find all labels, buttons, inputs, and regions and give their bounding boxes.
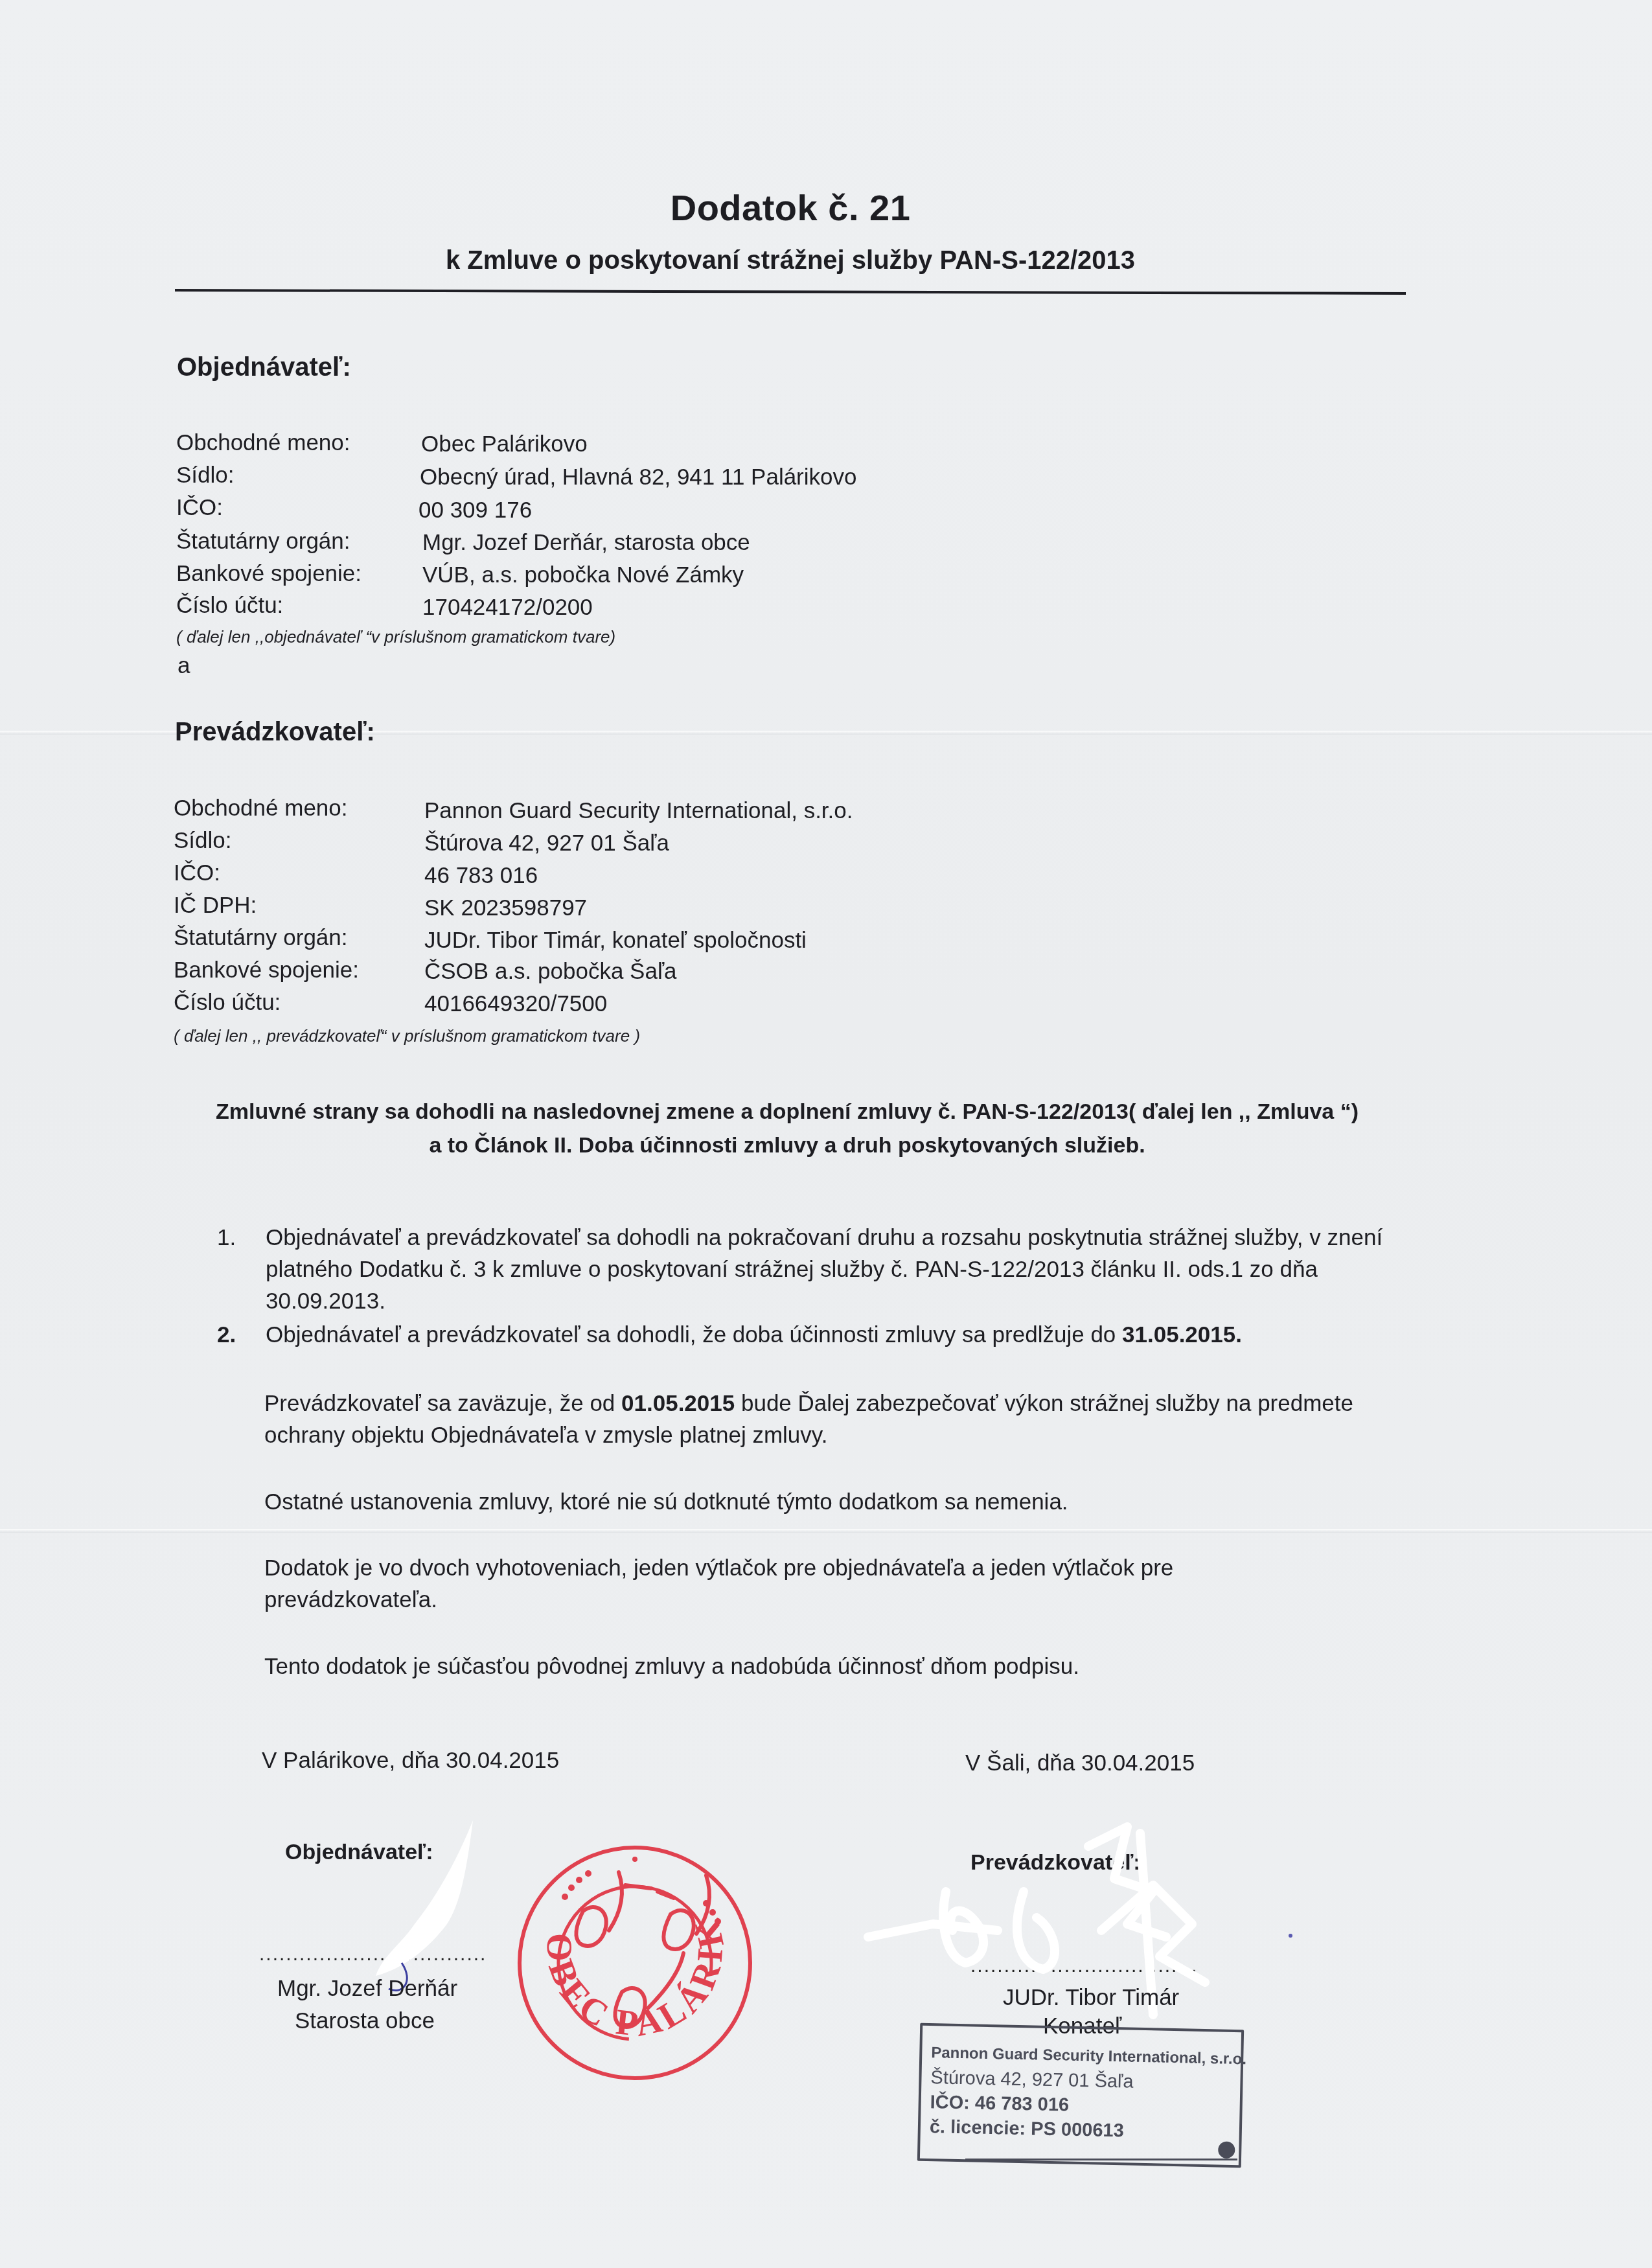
conjunction: a bbox=[178, 653, 190, 679]
orderer-label: Sídlo: bbox=[176, 463, 235, 488]
operator-label: IČO: bbox=[174, 860, 220, 886]
operator-value: 4016649320/7500 bbox=[424, 991, 607, 1017]
orderer-label: IČO: bbox=[176, 495, 223, 521]
stamp-number-icon bbox=[1218, 2141, 1235, 2159]
operator-heading: Prevádzkovateľ: bbox=[175, 718, 375, 747]
stamp-underline bbox=[965, 2159, 1237, 2160]
municipal-seal: OBEC PALÁRIKOVO bbox=[512, 1840, 758, 2086]
orderer-heading: Objednávateľ: bbox=[177, 353, 351, 382]
paragraph-text: Prevádzkovateľ sa zaväzuje, že od bbox=[264, 1391, 621, 1416]
stamp-license: č. licencie: PS 000613 bbox=[930, 2116, 1125, 2142]
title-rule bbox=[175, 289, 1406, 295]
stamp-ico: IČO: 46 783 016 bbox=[930, 2092, 1069, 2116]
orderer-value: VÚB, a.s. pobočka Nové Zámky bbox=[422, 562, 744, 588]
orderer-label: Štatutárny orgán: bbox=[176, 529, 350, 555]
paragraph-copies: Dodatok je vo dvoch vyhotoveniach, jeden… bbox=[264, 1552, 1301, 1616]
stamp-company-name: Pannon Guard Security International, s.r… bbox=[931, 2044, 1246, 2068]
operator-note: ( ďalej len ,, prevádzkovateľ“ v prísluš… bbox=[174, 1026, 640, 1046]
clause-number: 1. bbox=[217, 1222, 236, 1254]
operator-label: IČ DPH: bbox=[174, 893, 257, 919]
clause-text: Objednávateľ a prevádzkovateľ sa dohodli… bbox=[266, 1222, 1419, 1317]
left-place-date: V Palárikove, dňa 30.04.2015 bbox=[262, 1748, 559, 1774]
orderer-note: ( ďalej len ,,objednávateľ “v príslušnom… bbox=[176, 627, 615, 647]
operator-value: Pannon Guard Security International, s.r… bbox=[424, 798, 853, 824]
company-stamp: Pannon Guard Security International, s.r… bbox=[917, 2023, 1244, 2168]
clause-deadline-date: 31.05.2015. bbox=[1122, 1322, 1242, 1347]
left-signature-redaction bbox=[363, 1814, 518, 1995]
operator-value: JUDr. Tibor Timár, konateľ spoločnosti bbox=[424, 928, 807, 954]
clause-number: 2. bbox=[217, 1319, 236, 1351]
paragraph-other-provisions: Ostatné ustanovenia zmluvy, ktoré nie sú… bbox=[264, 1486, 1068, 1518]
agreement-intro: Zmluvné strany sa dohodli na nasledovnej… bbox=[149, 1095, 1425, 1162]
clause-text-body: Objednávateľ a prevádzkovateľ sa dohodli… bbox=[266, 1322, 1122, 1347]
agreement-intro-line: a to Článok II. Doba účinnosti zmluvy a … bbox=[149, 1128, 1425, 1162]
operator-value: ČSOB a.s. pobočka Šaľa bbox=[424, 959, 677, 985]
orderer-value: 00 309 176 bbox=[419, 498, 532, 523]
operator-label: Bankové spojenie: bbox=[174, 957, 359, 983]
orderer-label: Obchodné meno: bbox=[176, 430, 350, 456]
stamp-address: Štúrova 42, 927 01 Šaľa bbox=[930, 2067, 1134, 2093]
orderer-value: Mgr. Jozef Derňár, starosta obce bbox=[422, 530, 750, 556]
document-page: Dodatok č. 21 k Zmluve o poskytovaní str… bbox=[0, 0, 1652, 2268]
operator-value: SK 2023598797 bbox=[424, 895, 587, 921]
document-title: Dodatok č. 21 bbox=[0, 187, 1581, 229]
operator-value: 46 783 016 bbox=[424, 863, 538, 889]
operator-label: Sídlo: bbox=[174, 828, 232, 854]
document-subtitle: k Zmluve o poskytovaní strážnej služby P… bbox=[0, 246, 1581, 275]
operator-value: Štúrova 42, 927 01 Šaľa bbox=[424, 830, 669, 856]
left-signatory-name: Mgr. Jozef Derňár bbox=[277, 1976, 457, 2002]
svg-text:OBEC PALÁRIKOVO: OBEC PALÁRIKOVO bbox=[512, 1840, 732, 2045]
left-signatory-title: Starosta obce bbox=[295, 2008, 435, 2034]
orderer-value: 170424172/0200 bbox=[422, 595, 593, 621]
seal-text: OBEC PALÁRIKOVO bbox=[512, 1840, 732, 2045]
start-date: 01.05.2015 bbox=[621, 1391, 735, 1416]
orderer-label: Bankové spojenie: bbox=[176, 561, 361, 587]
paragraph-effect: Tento dodatok je súčasťou pôvodnej zmluv… bbox=[264, 1651, 1079, 1682]
paper-fold bbox=[0, 1529, 1652, 1533]
operator-label: Číslo účtu: bbox=[174, 990, 281, 1016]
right-place-date: V Šali, dňa 30.04.2015 bbox=[965, 1750, 1195, 1776]
paragraph-obligation: Prevádzkovateľ sa zaväzuje, že od 01.05.… bbox=[264, 1388, 1366, 1451]
orderer-value: Obec Palárikovo bbox=[421, 431, 588, 457]
right-signatory-name: JUDr. Tibor Timár bbox=[1003, 1985, 1179, 2011]
agreement-intro-line: Zmluvné strany sa dohodli na nasledovnej… bbox=[149, 1095, 1425, 1128]
operator-label: Štatutárny orgán: bbox=[174, 925, 348, 951]
operator-label: Obchodné meno: bbox=[174, 796, 348, 821]
orderer-label: Číslo účtu: bbox=[176, 593, 283, 619]
orderer-value: Obecný úrad, Hlavná 82, 941 11 Palárikov… bbox=[420, 464, 857, 490]
clause-text: Objednávateľ a prevádzkovateľ sa dohodli… bbox=[266, 1319, 1432, 1351]
